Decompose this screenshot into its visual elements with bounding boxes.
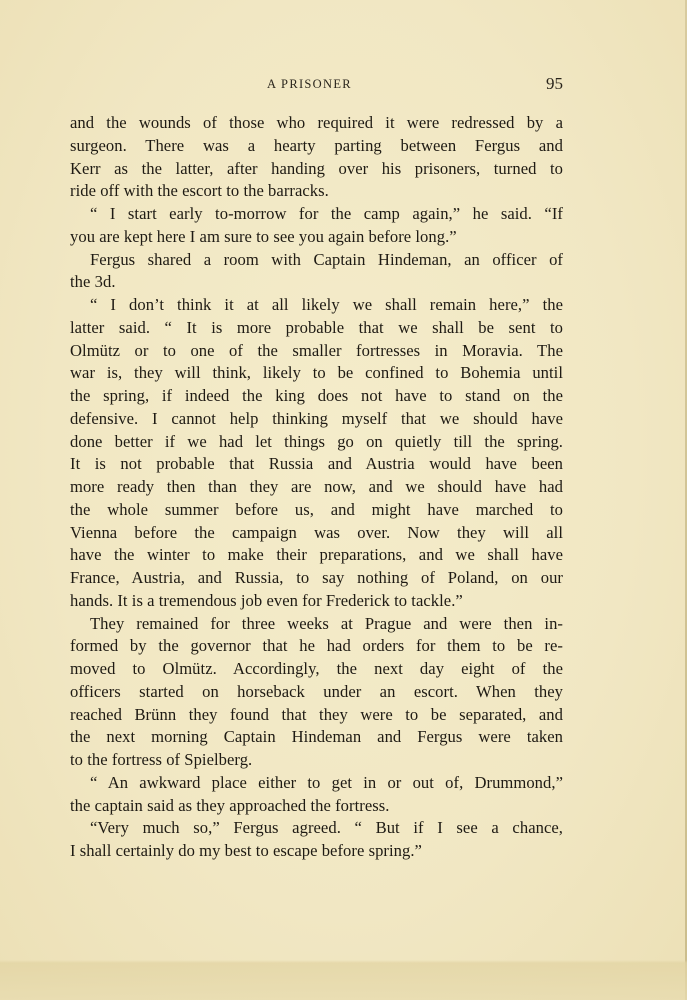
text-line: reached Brünn they found that they were … xyxy=(70,704,563,727)
text-line: the next morning Captain Hindeman and Fe… xyxy=(70,726,563,749)
text-line: the whole summer before us, and might ha… xyxy=(70,499,563,522)
text-line: ride off with the escort to the barracks… xyxy=(70,180,563,203)
text-line: to the fortress of Spielberg. xyxy=(70,749,563,772)
text-line: the captain said as they approached the … xyxy=(70,795,563,818)
running-header: A PRISONER 95 xyxy=(70,76,563,96)
text-line: “Very much so,” Fergus agreed. “ But if … xyxy=(70,817,563,840)
text-line: formed by the governor that he had order… xyxy=(70,635,563,658)
text-line: defensive. I cannot help thinking myself… xyxy=(70,408,563,431)
text-line: latter said. “ It is more probable that … xyxy=(70,317,563,340)
text-line: “ I start early to-morrow for the camp a… xyxy=(70,203,563,226)
text-line: Fergus shared a room with Captain Hindem… xyxy=(70,249,563,272)
text-line: I shall certainly do my best to escape b… xyxy=(70,840,563,863)
text-line: Kerr as the latter, after handing over h… xyxy=(70,158,563,181)
text-line: done better if we had let things go on q… xyxy=(70,431,563,454)
text-line: have the winter to make their preparatio… xyxy=(70,544,563,567)
text-line: moved to Olmütz. Accordingly, the next d… xyxy=(70,658,563,681)
text-line: you are kept here I am sure to see you a… xyxy=(70,226,563,249)
page-number: 95 xyxy=(546,74,563,94)
text-line: Olmütz or to one of the smaller fortress… xyxy=(70,340,563,363)
text-line: It is not probable that Russia and Austr… xyxy=(70,453,563,476)
running-title: A PRISONER xyxy=(267,77,352,92)
text-line: and the wounds of those who required it … xyxy=(70,112,563,135)
page-bottom-shadow xyxy=(0,960,687,1000)
text-line: Vienna before the campaign was over. Now… xyxy=(70,522,563,545)
text-line: France, Austria, and Russia, to say noth… xyxy=(70,567,563,590)
text-line: the 3d. xyxy=(70,271,563,294)
text-line: “ I don’t think it at all likely we shal… xyxy=(70,294,563,317)
body-text: and the wounds of those who required it … xyxy=(70,112,563,863)
text-line: the spring, if indeed the king does not … xyxy=(70,385,563,408)
text-line: officers started on horseback under an e… xyxy=(70,681,563,704)
text-line: surgeon. There was a hearty parting betw… xyxy=(70,135,563,158)
text-line: “ An awkward place either to get in or o… xyxy=(70,772,563,795)
text-line: more ready then than they are now, and w… xyxy=(70,476,563,499)
text-line: They remained for three weeks at Prague … xyxy=(70,613,563,636)
text-line: hands. It is a tremendous job even for F… xyxy=(70,590,563,613)
text-line: war is, they will think, likely to be co… xyxy=(70,362,563,385)
